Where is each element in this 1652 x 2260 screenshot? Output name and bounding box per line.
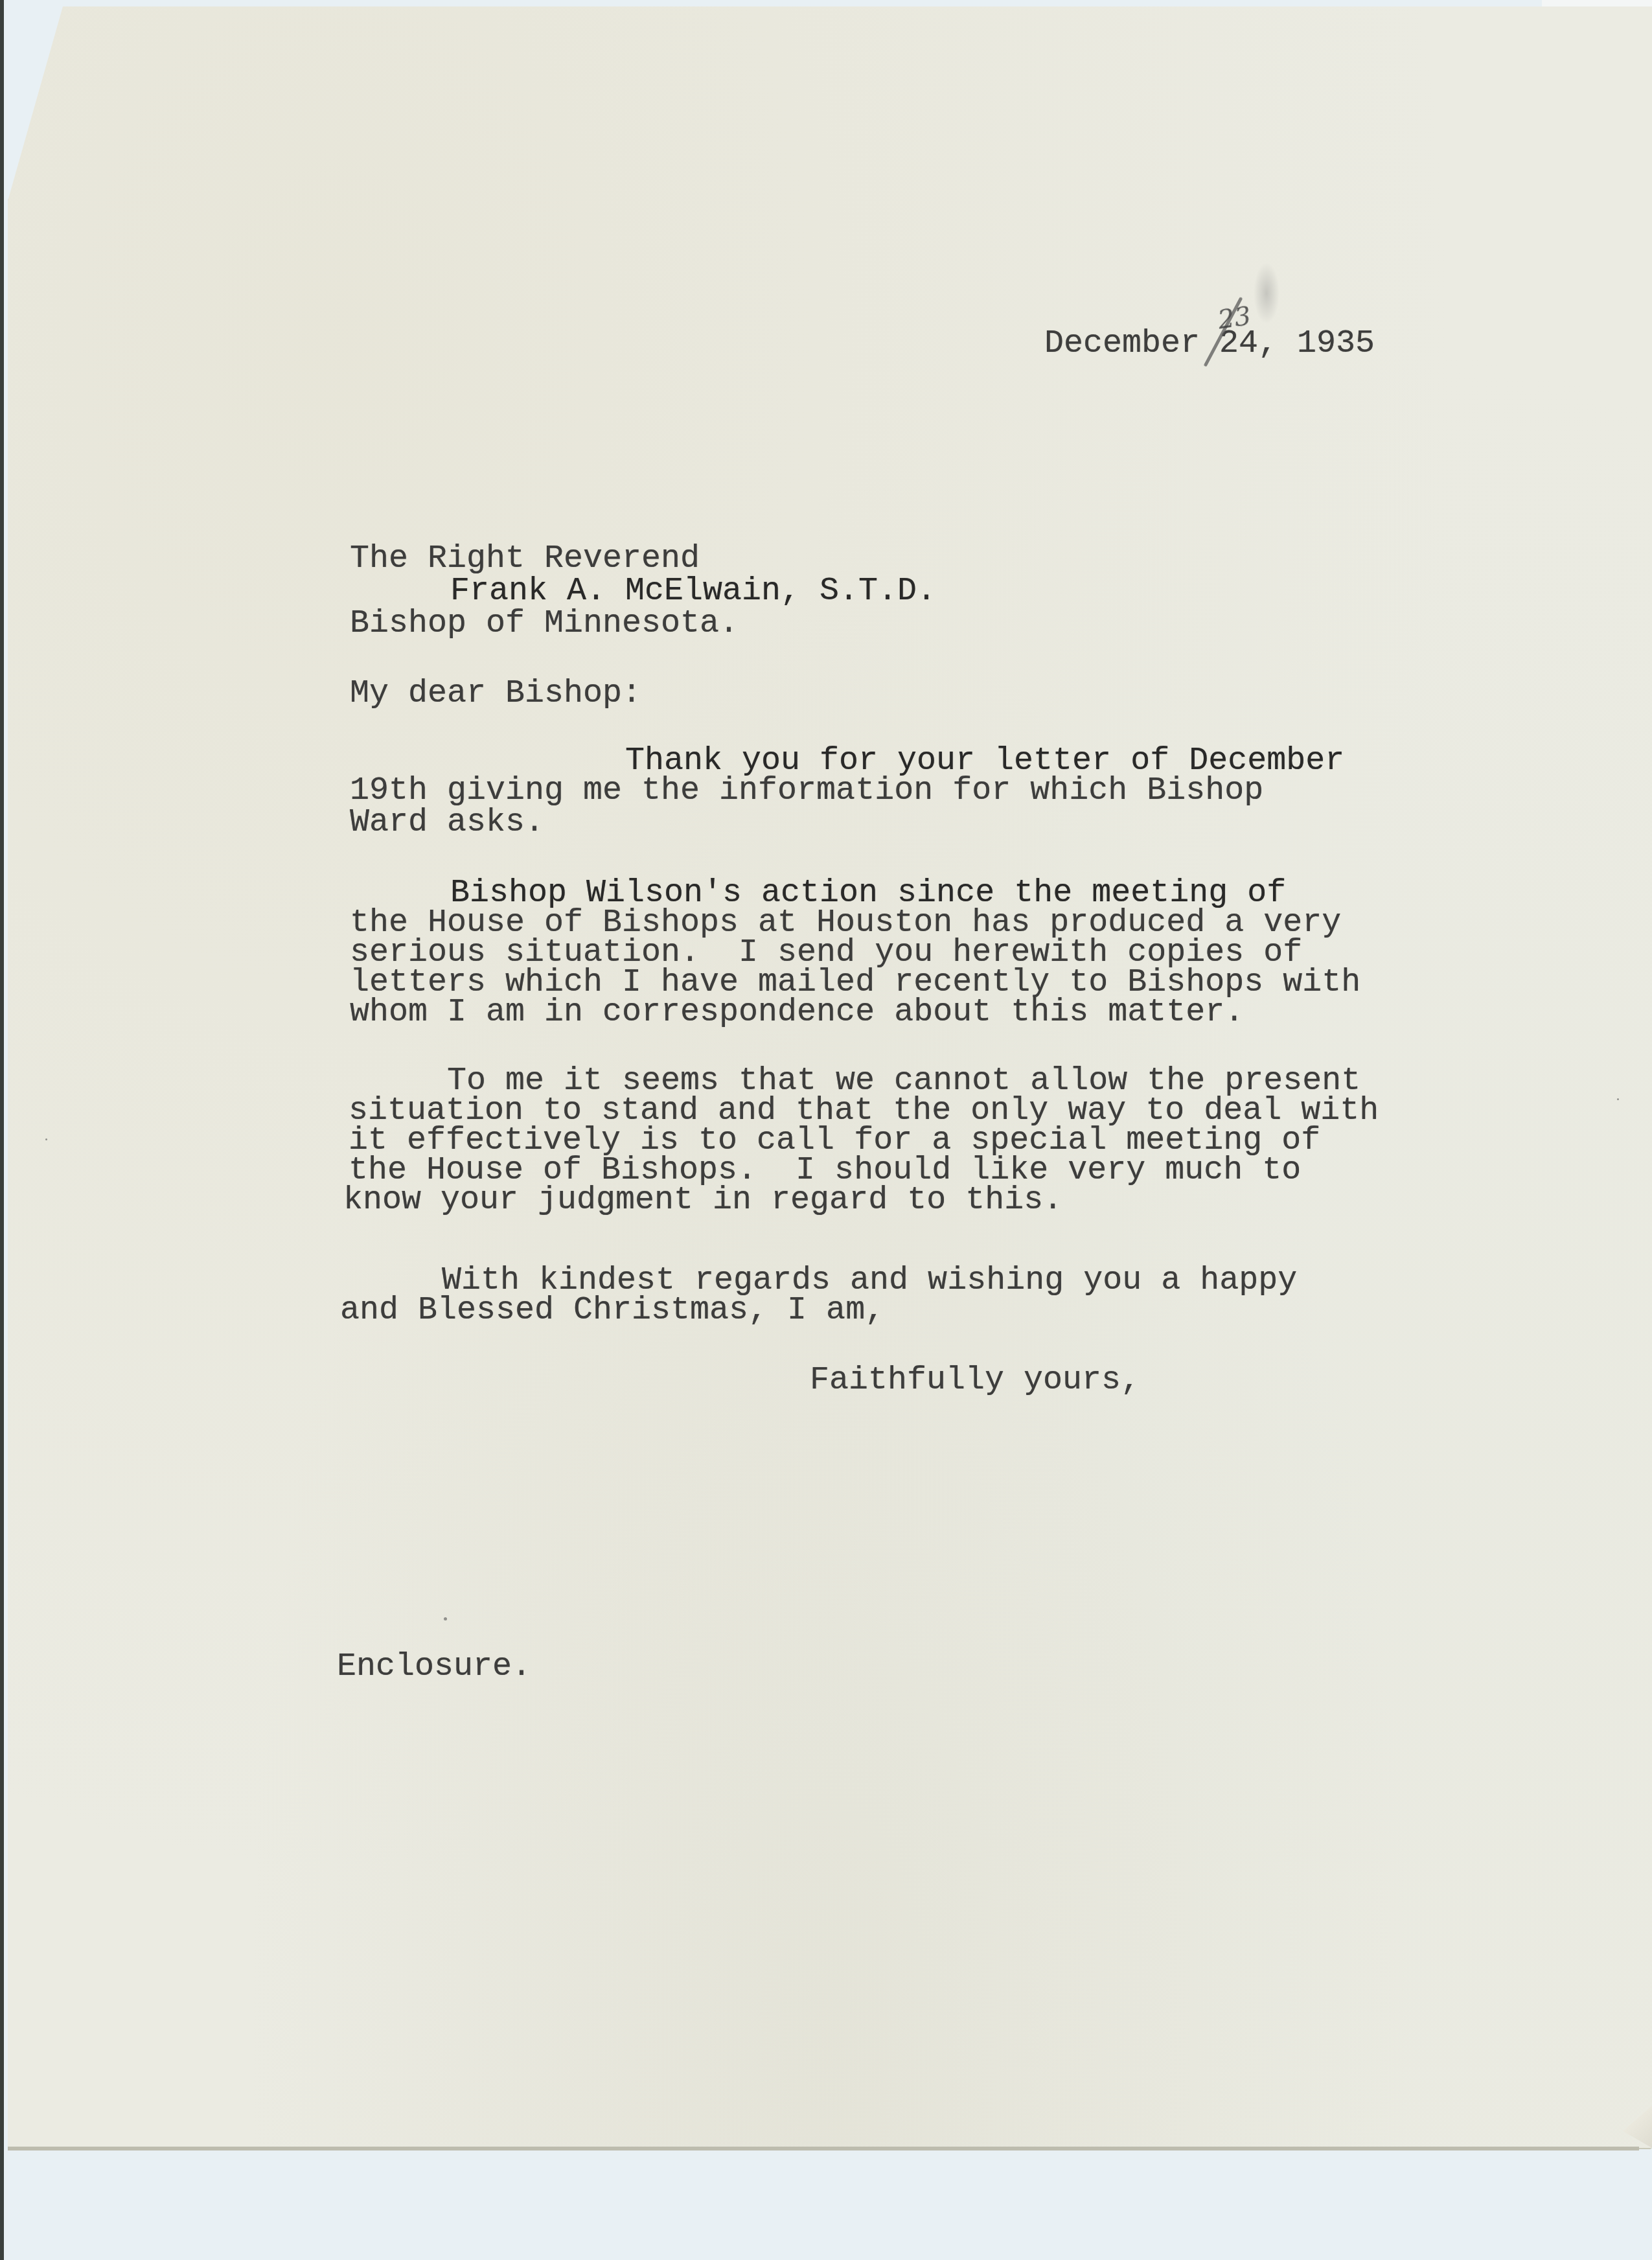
scanner-edge — [0, 0, 4, 2260]
paragraph-1-line-2: 19th giving me the information for which… — [350, 775, 1263, 807]
paper-bottom-edge — [8, 2147, 1639, 2150]
paper-speck — [45, 1138, 47, 1140]
paper-speck — [444, 1617, 447, 1620]
paragraph-4-line-2: and Blessed Christmas, I am, — [340, 1295, 884, 1327]
complimentary-close: Faithfully yours, — [810, 1365, 1140, 1397]
pencil-smudge — [1254, 262, 1279, 324]
salutation: My dear Bishop: — [350, 678, 641, 710]
paragraph-1-line-3: Ward asks. — [350, 807, 544, 839]
paper-speck — [1617, 1098, 1619, 1100]
date-month: December — [1044, 325, 1219, 362]
date-struck-digit: 4 — [1239, 328, 1258, 360]
recipient-office: Bishop of Minnesota. — [350, 608, 739, 640]
paper-top-edge-strip — [1542, 0, 1652, 7]
enclosure-note: Enclosure. — [337, 1651, 531, 1683]
date-year: , 1935 — [1258, 325, 1375, 362]
paragraph-3-line-5: know your judgment in regard to this. — [343, 1184, 1062, 1217]
handwritten-date-correction: 23 — [1216, 301, 1253, 336]
recipient-name: Frank A. McElwain, S.T.D. — [450, 575, 936, 608]
paragraph-2-line-5: whom I am in correspondence about this m… — [350, 997, 1244, 1029]
letter-date: December 24, 1935 — [1044, 328, 1375, 360]
recipient-title: The Right Reverend — [350, 543, 700, 575]
